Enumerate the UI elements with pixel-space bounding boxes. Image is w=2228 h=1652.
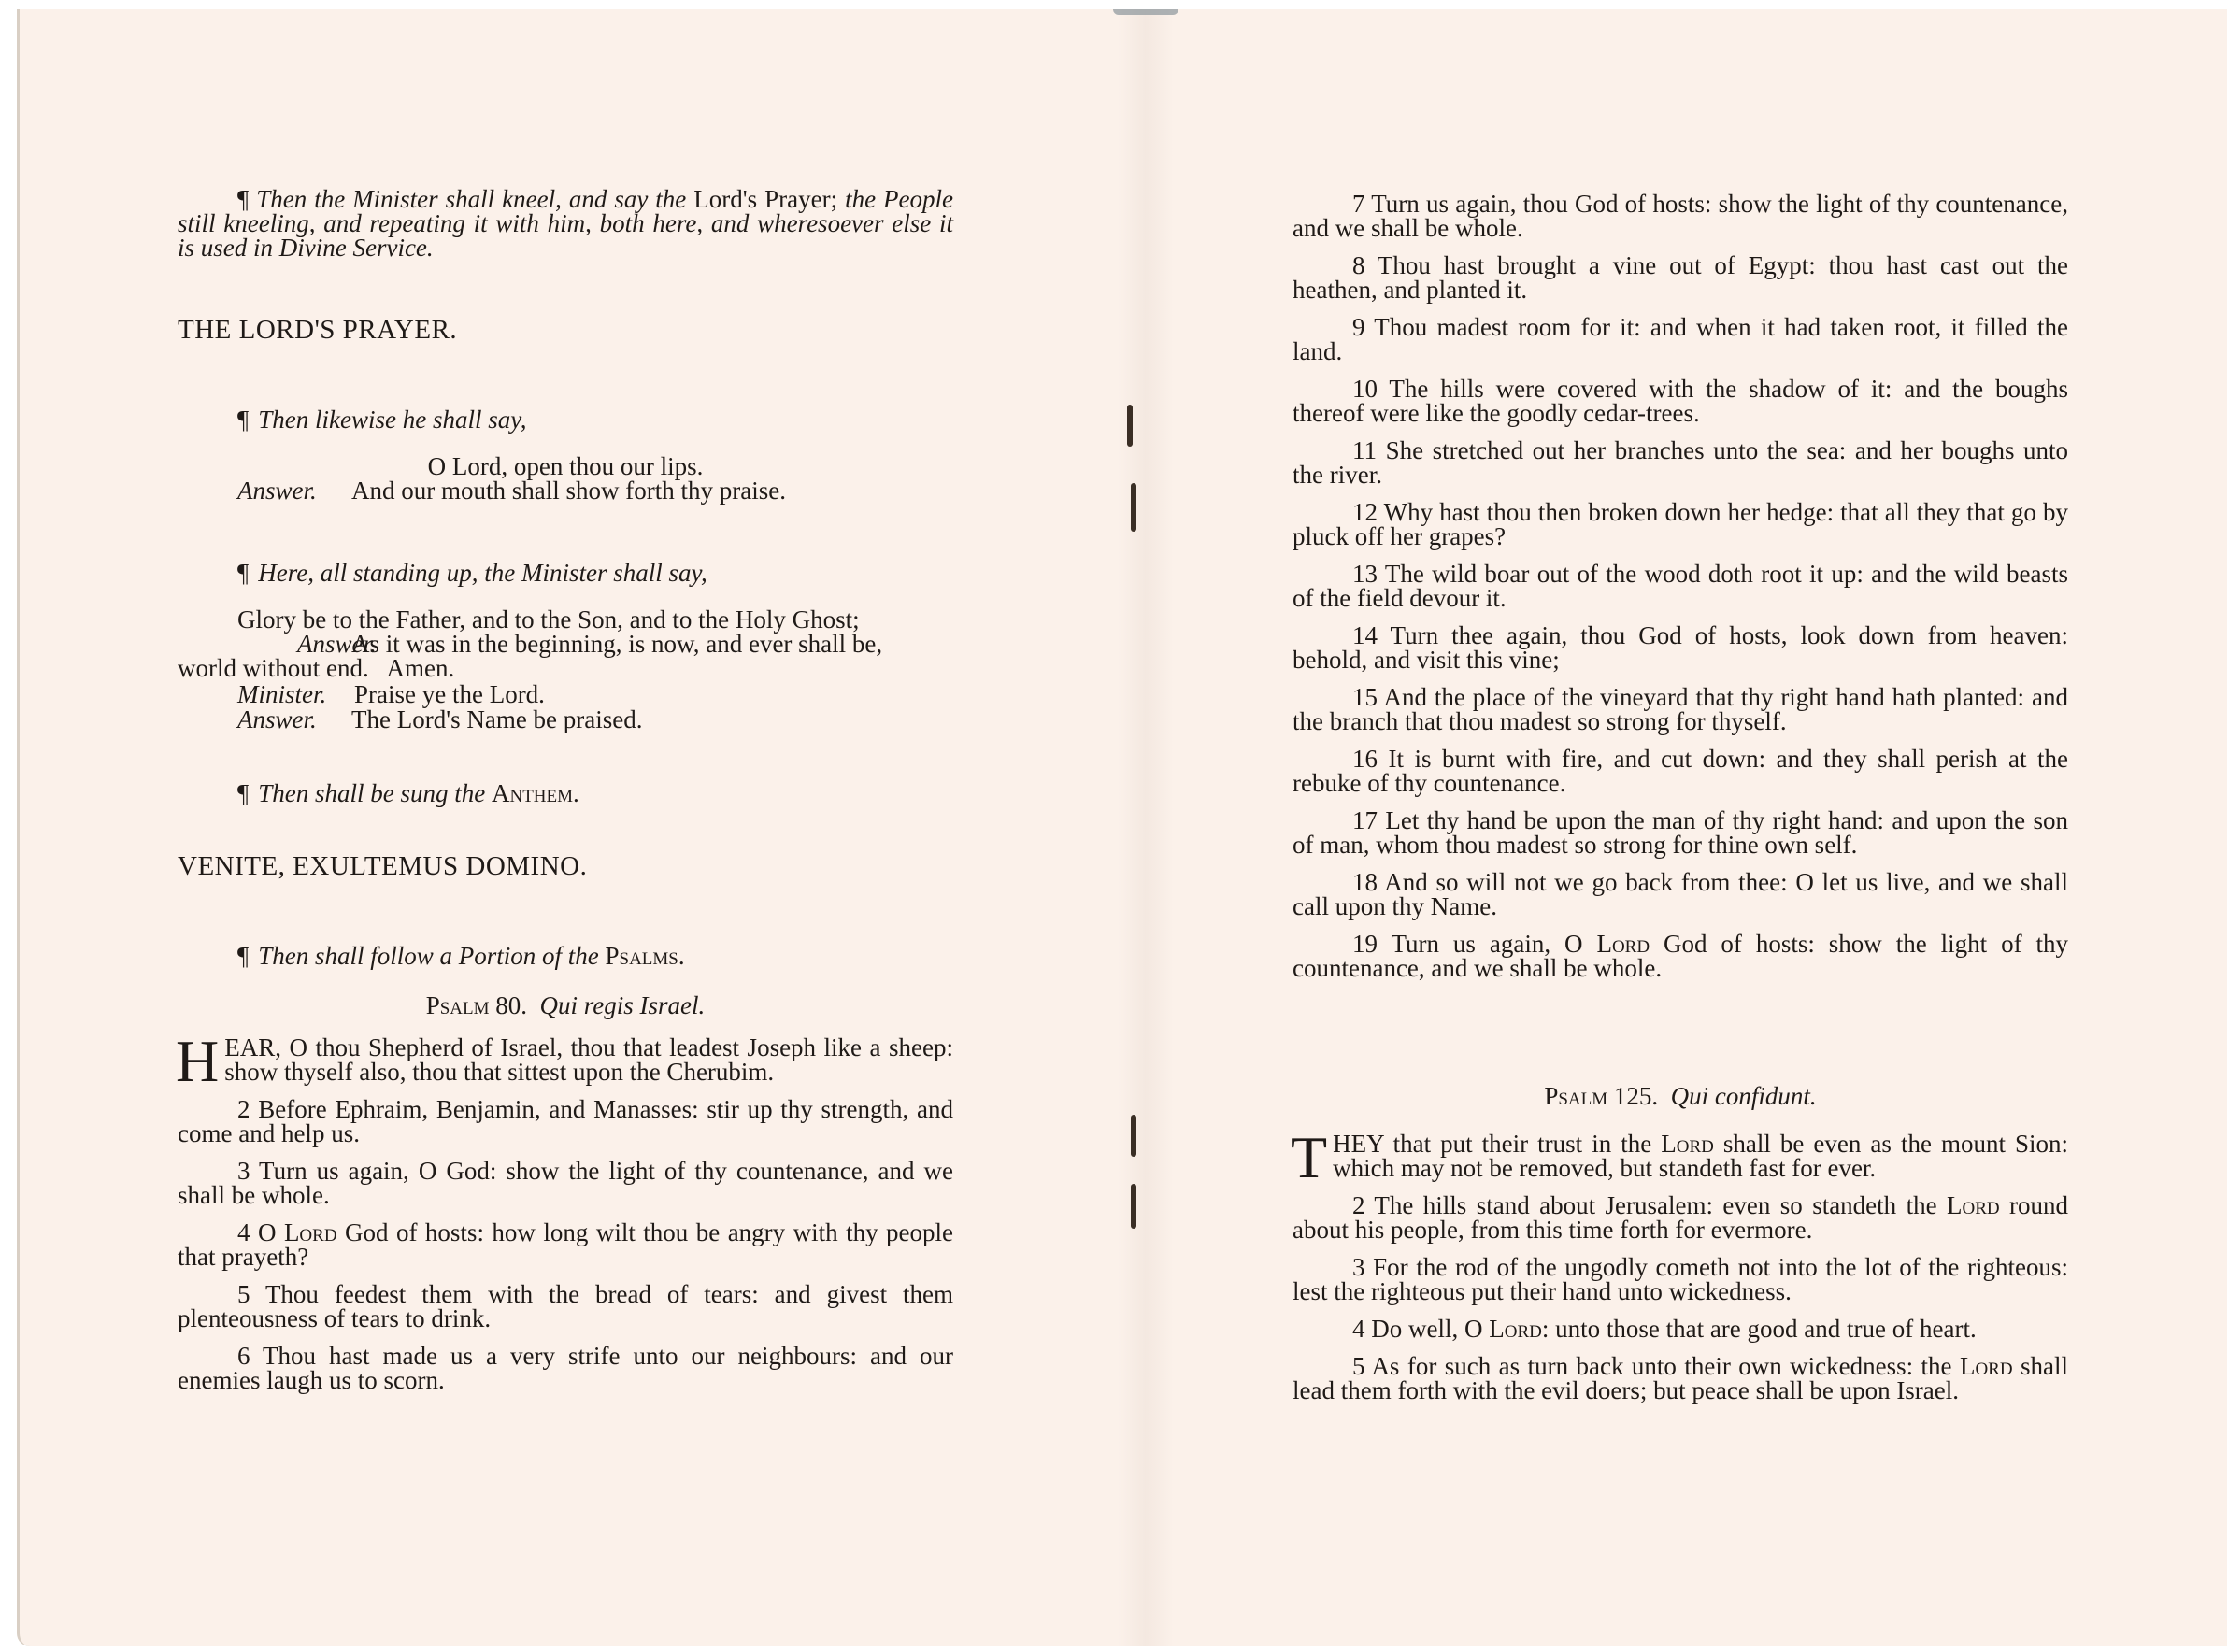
rubric-kneel: ¶ Then the Minister shall kneel, and say…: [178, 187, 953, 260]
staple-icon: [1131, 1184, 1136, 1229]
verse-18: 18 And so will not we go back from thee:…: [1293, 870, 2068, 919]
psalm-80-verses-continued: 7 Turn us again, thou God of hosts: show…: [1293, 192, 2068, 980]
verse-11: 11 She stretched out her branches unto t…: [1293, 438, 2068, 487]
verse-9: 9 Thou madest room for it: and when it h…: [1293, 315, 2068, 363]
versicle-praise-ye: Minister.Praise ye the Lord.: [178, 682, 1013, 706]
verse-5: 5 As for such as turn back unto their ow…: [1293, 1354, 2068, 1403]
verse-4: 4 Do well, O Lord: unto those that are g…: [1293, 1317, 2068, 1341]
staple-icon: [1131, 1115, 1136, 1157]
verse-14: 14 Turn thee again, thou God of hosts, l…: [1293, 623, 2068, 672]
verse-2: 2 The hills stand about Jerusalem: even …: [1293, 1193, 2068, 1242]
verse-15: 15 And the place of the vineyard that th…: [1293, 685, 2068, 733]
rubric-likewise: ¶Then likewise he shall say,: [178, 407, 1013, 432]
psalm-80-title: Psalm 80. Qui regis Israel.: [178, 993, 953, 1018]
pilcrow-icon: ¶: [237, 942, 249, 970]
psalm-125-verses: THEY that put their trust in the Lord sh…: [1293, 1132, 2068, 1403]
gloria-patri: Glory be to the Father, and to the Son, …: [178, 607, 1013, 632]
pilcrow-icon: ¶: [237, 559, 249, 587]
verse-1: HEAR, O thou Shepherd of Israel, thou th…: [178, 1035, 953, 1084]
verse-3: 3 For the rod of the ungodly cometh not …: [1293, 1255, 2068, 1303]
response-name-praised: Answer.The Lord's Name be praised.: [178, 707, 1013, 732]
verse-1: THEY that put their trust in the Lord sh…: [1293, 1132, 2068, 1180]
verse-17: 17 Let thy hand be upon the man of thy r…: [1293, 808, 2068, 857]
verse-6: 6 Thou hast made us a very strife unto o…: [178, 1344, 953, 1392]
verse-12: 12 Why hast thou then broken down her he…: [1293, 500, 2068, 548]
verse-16: 16 It is burnt with fire, and cut down: …: [1293, 747, 2068, 795]
binding-top-mark: [1113, 9, 1178, 15]
staple-icon: [1131, 483, 1136, 532]
rubric-standing: ¶Here, all standing up, the Minister sha…: [178, 561, 1013, 585]
versicle-open-lips: O Lord, open thou our lips.: [178, 454, 953, 478]
rubric-psalms: ¶Then shall follow a Portion of the Psal…: [178, 944, 1013, 968]
verse-3: 3 Turn us again, O God: show the light o…: [178, 1159, 953, 1207]
verse-19: 19 Turn us again, O Lord God of hosts: s…: [1293, 932, 2068, 980]
heading-lords-prayer: THE LORD'S PRAYER.: [178, 318, 953, 342]
verse-7: 7 Turn us again, thou God of hosts: show…: [1293, 192, 2068, 240]
verse-2: 2 Before Ephraim, Benjamin, and Manasses…: [178, 1097, 953, 1146]
heading-venite: VENITE, EXULTEMUS DOMINO.: [178, 854, 953, 878]
pilcrow-icon: ¶: [237, 406, 249, 434]
response-praise: Answer.And our mouth shall show forth th…: [178, 478, 1013, 503]
response-as-it-was: Answer.As it was in the beginning, is no…: [178, 632, 953, 680]
verse-10: 10 The hills were covered with the shado…: [1293, 377, 2068, 425]
pilcrow-icon: ¶: [237, 779, 249, 807]
drop-cap: T: [1291, 1133, 1327, 1182]
rubric-anthem: ¶Then shall be sung the Anthem.: [178, 781, 1013, 805]
verse-8: 8 Thou hast brought a vine out of Egypt:…: [1293, 253, 2068, 302]
verse-4: 4 O Lord God of hosts: how long wilt tho…: [178, 1220, 953, 1269]
verse-13: 13 The wild boar out of the wood doth ro…: [1293, 562, 2068, 610]
staple-icon: [1127, 405, 1133, 447]
psalm-80-verses: HEAR, O thou Shepherd of Israel, thou th…: [178, 1035, 953, 1392]
verse-5: 5 Thou feedest them with the bread of te…: [178, 1282, 953, 1331]
psalm-125-title: Psalm 125. Qui confidunt.: [1293, 1084, 2068, 1108]
drop-cap: H: [176, 1037, 219, 1086]
gutter-fold: [1118, 9, 1174, 1646]
